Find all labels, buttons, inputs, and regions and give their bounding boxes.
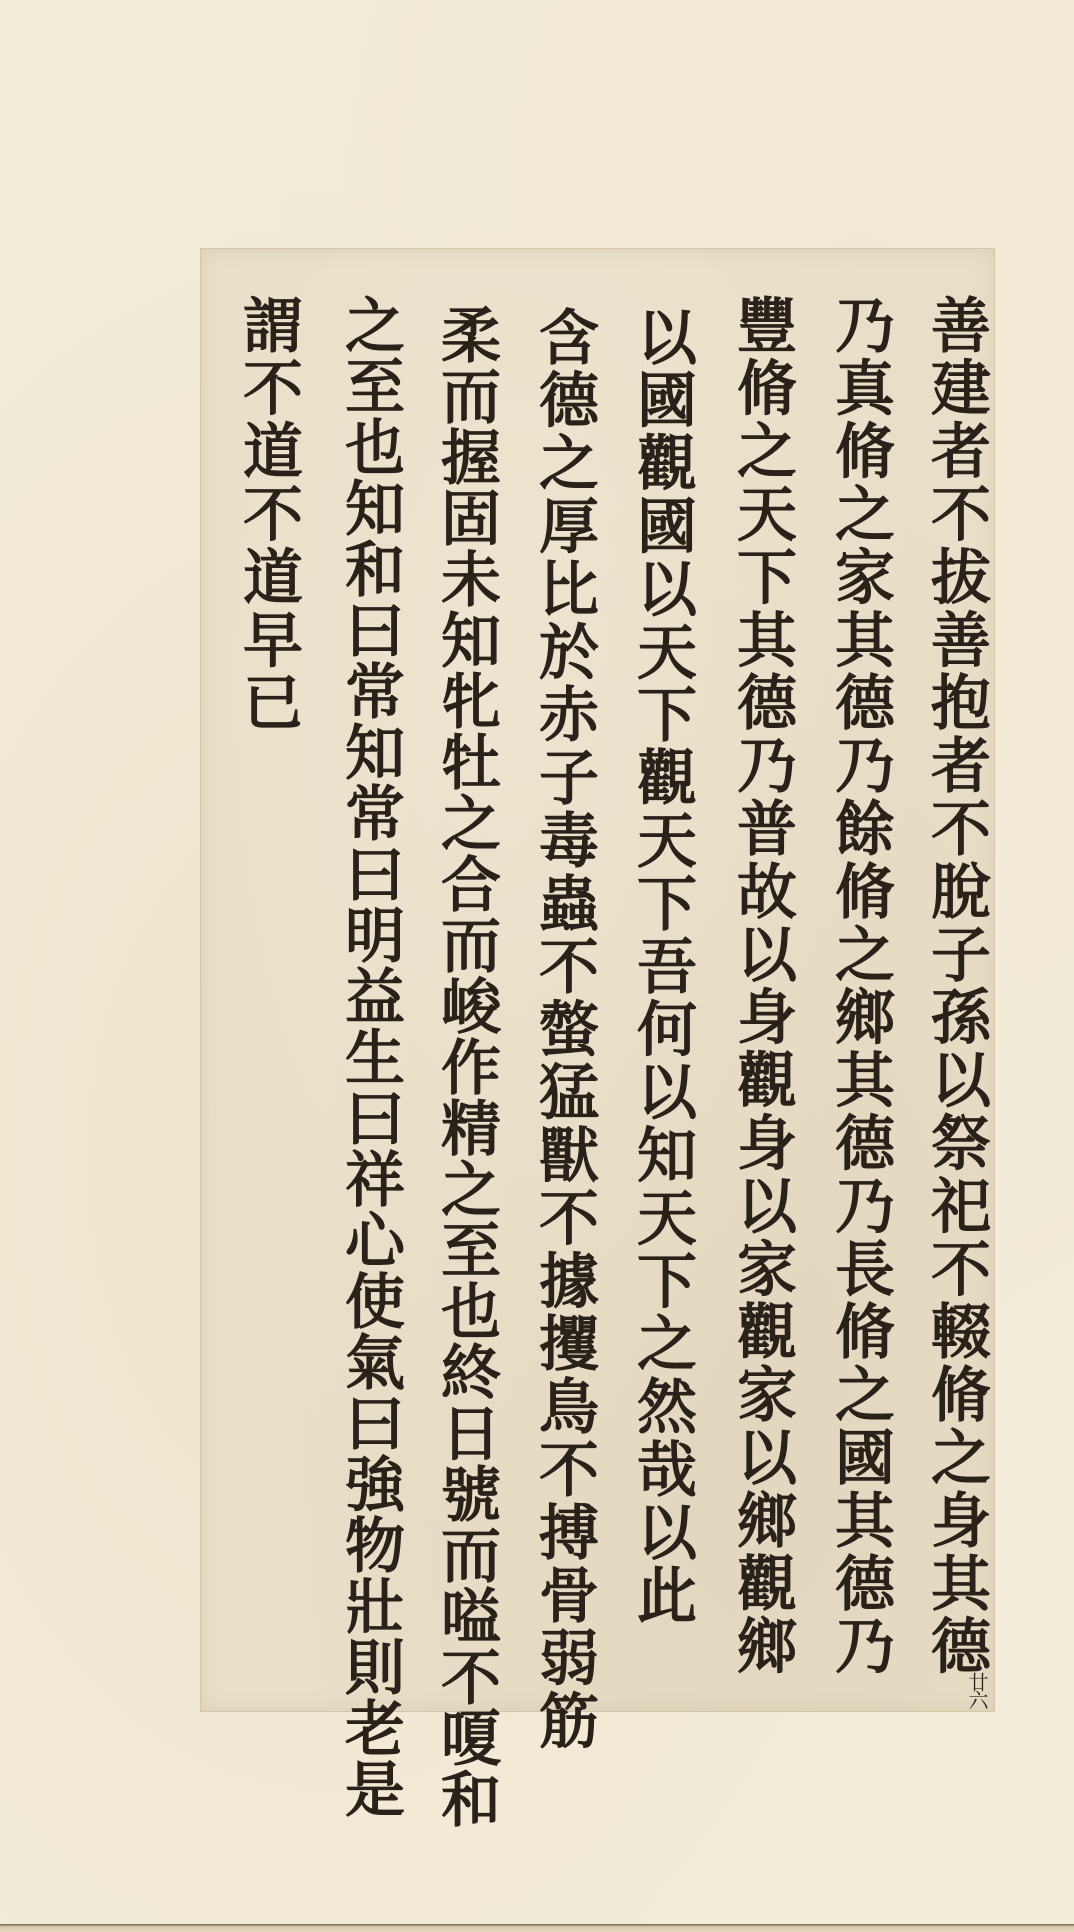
mount-bottom-edge	[0, 1924, 1074, 1932]
text-column-3: 豐脩之天下其德乃普故以身觀身以家觀家以鄉觀鄉	[732, 294, 792, 1678]
text-column-8: 謂不道不道早已	[238, 294, 298, 734]
text-column-2: 乃真脩之家其德乃餘脩之鄉其德乃長脩之國其德乃	[830, 294, 890, 1678]
text-column-1: 善建者不拔善抱者不脫子孫以祭祀不輟脩之身其德	[926, 294, 986, 1678]
page-number-marker: 廿六	[967, 1672, 987, 1708]
text-column-6: 柔而握固未知牝牡之合而峻作精之至也終日號而嗌不嗄和	[436, 304, 496, 1829]
album-mount: 善建者不拔善抱者不脫子孫以祭祀不輟脩之身其德 乃真脩之家其德乃餘脩之鄉其德乃長脩…	[0, 0, 1074, 1932]
text-column-4: 以國觀國以天下觀天下吾何以知天下之然哉以此	[632, 306, 692, 1627]
text-column-7: 之至也知和曰常知常曰明益生曰祥心使氣曰強物壯則老是	[340, 294, 400, 1819]
text-column-5: 含德之厚比於赤子毒蟲不螫猛獸不據攫鳥不搏骨弱筋	[534, 306, 594, 1753]
calligraphy-text-block: 善建者不拔善抱者不脫子孫以祭祀不輟脩之身其德 乃真脩之家其德乃餘脩之鄉其德乃長脩…	[200, 248, 995, 1712]
calligraphy-sheet: 善建者不拔善抱者不脫子孫以祭祀不輟脩之身其德 乃真脩之家其德乃餘脩之鄉其德乃長脩…	[200, 248, 995, 1712]
